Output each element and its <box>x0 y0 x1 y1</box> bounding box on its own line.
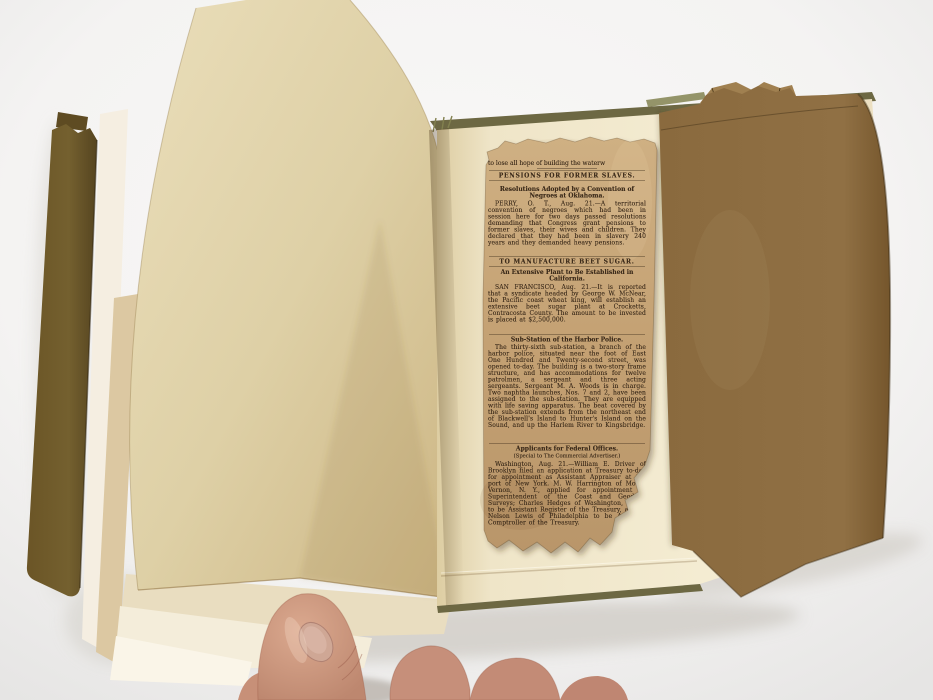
clipping-subhead-beet-sugar: An Extensive Plant to Be Established in … <box>491 269 643 282</box>
end-of-article-rule <box>537 168 597 169</box>
clipping-subhead-pensions: Resolutions Adopted by a Convention of N… <box>491 186 643 199</box>
clipping-headline-harbor-police: Sub-Station of the Harbor Police. <box>489 334 645 343</box>
clipping-dateline-federal-offices: (Special to The Commercial Advertiser.) <box>488 453 646 460</box>
clipping-body-harbor-police: The thirty-sixth sub-station, a branch o… <box>488 344 646 435</box>
clipping-headline-federal-offices: Applicants for Federal Offices. <box>489 443 645 452</box>
scene-artwork <box>0 0 933 700</box>
clipping-headline-pensions: PENSIONS FOR FORMER SLAVES. <box>489 171 645 182</box>
clipping-body-pensions: PERRY, O. T., Aug. 21.—A territorial con… <box>488 201 646 253</box>
clipping-headline-beet-sugar: TO MANUFACTURE BEET SUGAR. <box>489 257 645 268</box>
clipping-torn-top-line: to lose all hope of building the waterw <box>488 160 646 167</box>
photo-open-scrapbook: to lose all hope of building the waterw … <box>0 0 933 700</box>
clipping-body-beet-sugar: SAN FRANCISCO, Aug. 21.—It is reported t… <box>488 284 646 330</box>
left-page <box>130 0 449 598</box>
clipping-text: to lose all hope of building the waterw … <box>483 136 659 556</box>
right-kraft-flap <box>659 82 890 597</box>
